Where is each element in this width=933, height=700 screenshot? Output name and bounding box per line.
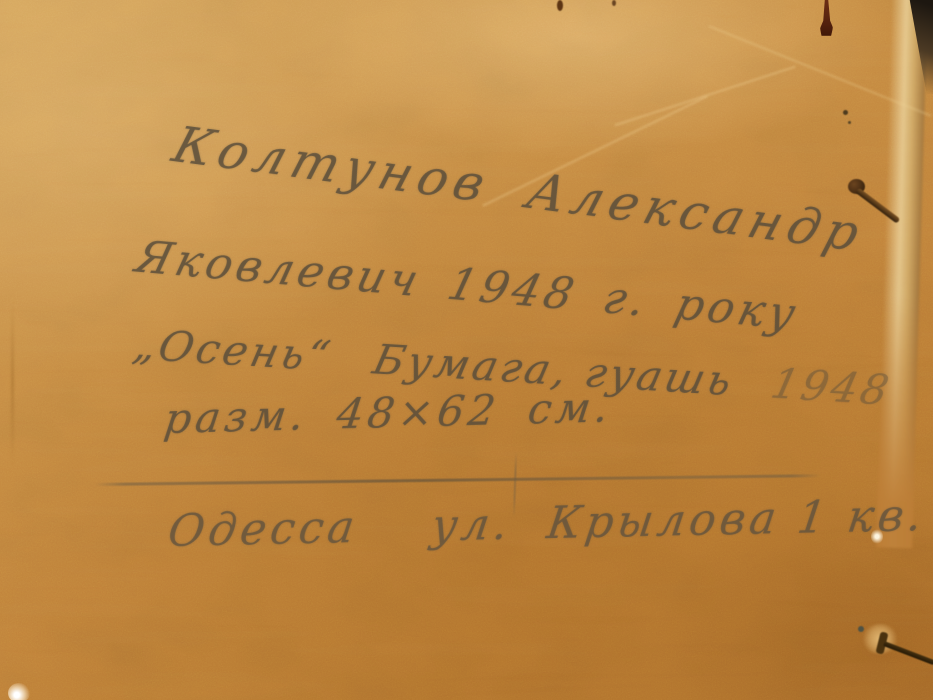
- dark-speck: [612, 0, 616, 6]
- dark-speck: [858, 626, 864, 632]
- artwork-back-photo: Колтунов Александр Яковлевич 1948 г. рок…: [0, 0, 933, 700]
- inscription-street-address: Крылова 1 кв. 19.: [544, 488, 933, 549]
- dark-speck: [557, 0, 563, 11]
- inscription-street-label: ул.: [428, 499, 515, 552]
- inscription-city: Одесса: [165, 502, 361, 557]
- dark-speck: [843, 110, 848, 115]
- inscription-artwork-year: 1948: [767, 359, 896, 415]
- bottom-left-chip: [8, 683, 30, 700]
- surface-streak: [11, 300, 14, 465]
